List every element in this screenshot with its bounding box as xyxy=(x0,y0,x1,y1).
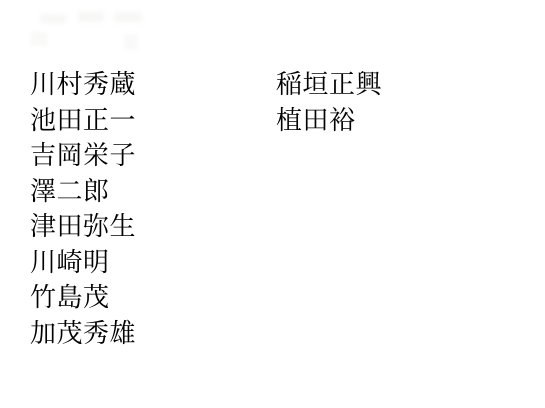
list-item: 植田裕 xyxy=(276,104,382,140)
faded-smudge xyxy=(124,34,138,50)
list-item: 川村秀蔵 xyxy=(30,68,136,104)
list-item: 川崎明 xyxy=(30,246,136,282)
list-item: 吉岡栄子 xyxy=(30,139,136,175)
name-list-left-column: 川村秀蔵 池田正一 吉岡栄子 澤二郎 津田弥生 川崎明 竹島茂 加茂秀雄 xyxy=(30,68,136,352)
faded-smudge xyxy=(30,32,48,46)
list-item: 津田弥生 xyxy=(30,210,136,246)
list-item: 竹島茂 xyxy=(30,281,136,317)
list-item: 澤二郎 xyxy=(30,175,136,211)
faded-smudge xyxy=(40,14,66,23)
name-list-right-column: 稲垣正興 植田裕 xyxy=(276,68,382,139)
faded-smudge xyxy=(78,12,104,22)
list-item: 稲垣正興 xyxy=(276,68,382,104)
faded-text-artifact xyxy=(28,6,153,54)
faded-smudge xyxy=(114,12,142,22)
document-page: 川村秀蔵 池田正一 吉岡栄子 澤二郎 津田弥生 川崎明 竹島茂 加茂秀雄 稲垣正… xyxy=(0,0,545,408)
list-item: 池田正一 xyxy=(30,104,136,140)
list-item: 加茂秀雄 xyxy=(30,317,136,353)
